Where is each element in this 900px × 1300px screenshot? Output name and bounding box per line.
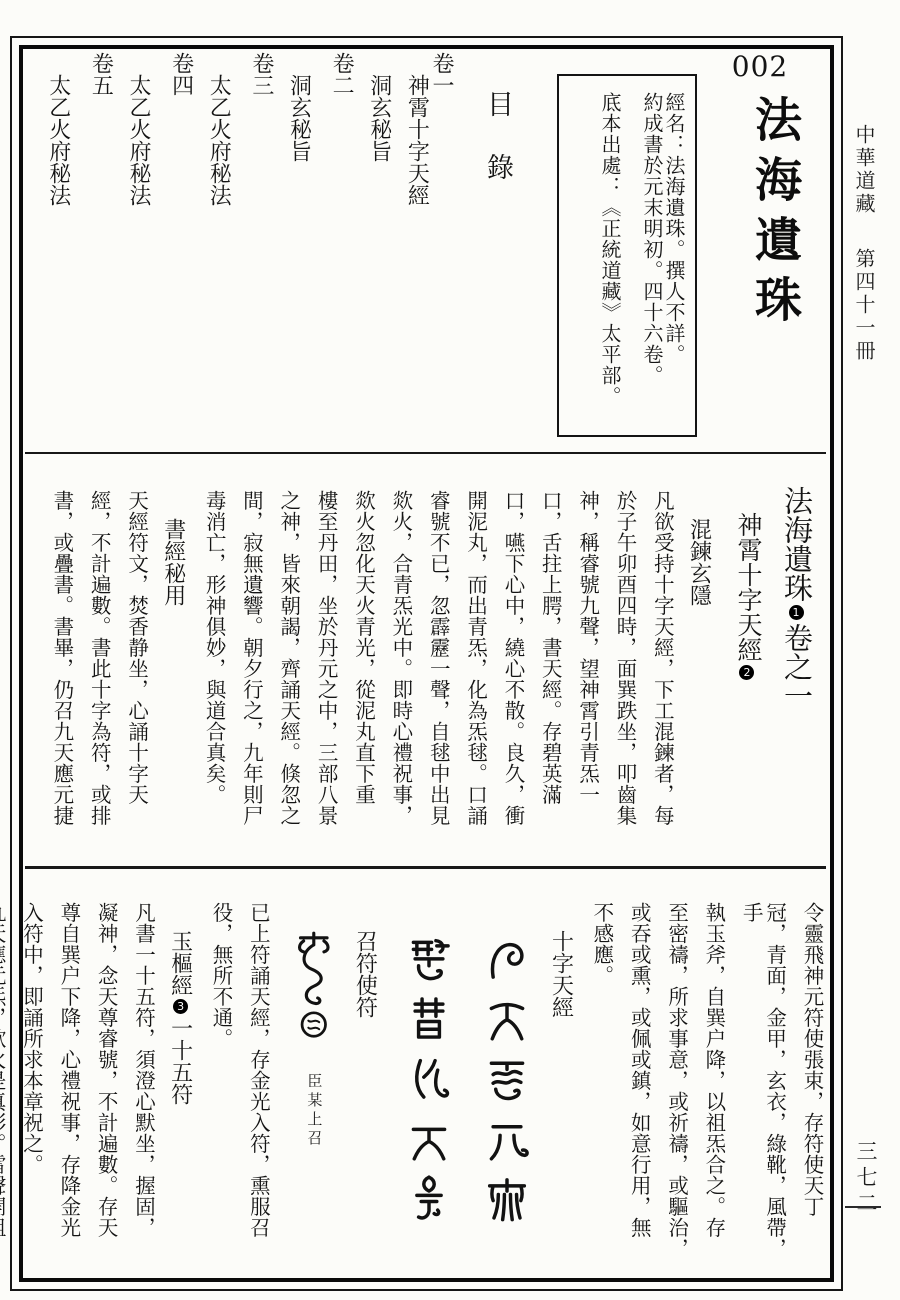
toc-entry: 洞玄秘旨: [287, 52, 312, 438]
summoning-talisman-glyph: [288, 930, 338, 1055]
toc-juan-heading: 卷二: [330, 52, 355, 438]
text-column: 睿號不已，忽霹靂一聲，自毬中出見: [425, 460, 448, 864]
heading-column: 書經秘用: [162, 460, 187, 864]
heading-column: 法海遺珠1卷之一: [779, 460, 812, 864]
heading-text: 法海遺珠: [780, 486, 812, 602]
heading-text: 一十五符: [169, 1017, 194, 1105]
margin-collection-title: 中華道藏: [849, 124, 878, 216]
text-column: 樓至丹田，坐於丹元之中，三部八景: [313, 460, 336, 864]
book-title: 法海遺珠: [741, 95, 808, 335]
text-column: 至密禱，所求事意，或祈禱，或驅治，: [663, 872, 686, 1278]
seal-script-glyph-yuan: [481, 1112, 533, 1164]
heading-text: 混鍊玄隱: [687, 518, 712, 606]
toc-title: 目錄: [479, 90, 518, 216]
text-column: 經，不計遍數。書此十字為符，或排: [86, 460, 109, 864]
heading-text: 卷之一: [780, 623, 812, 710]
annotation-note-marker: 2: [739, 665, 754, 680]
info-line: 底本出處：《正統道藏》太平部。: [598, 92, 620, 419]
text-column: 已上符誦天經，存金光入符，熏服召: [245, 872, 268, 1278]
section-divider-top: [25, 452, 826, 454]
talisman-seal-column: [480, 872, 534, 1278]
seal-script-glyph-sheng: [403, 932, 455, 984]
heading-column: 玉樞經3一十五符: [169, 872, 194, 1278]
text-column: 入符中，即誦所求本章祝之。: [18, 872, 41, 1278]
seal-script-glyph-lei: [481, 1172, 533, 1224]
text-column: 九天應元炁，欻火是真形。雷聲開祖: [0, 872, 4, 1278]
section-divider-bottom: [25, 866, 826, 869]
main-text-section: 法海遺珠1卷之一神霄十字天經2混鍊玄隱凡欲受持十字天經，下工混鍊者，每於子午卯酉…: [28, 460, 826, 864]
text-column: 欻火，合青炁光中。即時心禮祝事，: [388, 460, 411, 864]
text-column: 尊自巽户下降，心禮祝事，存降金光: [55, 872, 78, 1278]
toc-juan-heading: 卷一: [429, 52, 454, 438]
heading-column: 神霄十字天經2: [732, 460, 761, 864]
margin-volume-label: 第四十一冊: [849, 248, 878, 363]
text-column: 欻火忽化天火青光，從泥丸直下重: [350, 460, 373, 864]
toc-entry: 太乙火府秘法: [207, 52, 232, 438]
talisman-annotation: 臣某上召: [304, 1073, 321, 1149]
toc-entry: 神霄十字天經: [405, 52, 430, 438]
info-line: 約成書於元末明初。四十六卷。: [640, 92, 662, 419]
talisman-seal-column: [402, 872, 456, 1278]
toc-entry: 洞玄秘旨: [367, 52, 392, 438]
info-line: 經名：法海遺珠。撰人不詳。: [662, 92, 684, 419]
text-column: 或吞或熏，或佩或鎮，如意行用，無: [626, 872, 649, 1278]
seal-script-glyph-zun: [403, 1172, 455, 1224]
heading-text: 玉樞經: [169, 930, 194, 996]
text-column: 天經符文，焚香静坐，心誦十字天: [123, 460, 146, 864]
annotation-note-marker: 1: [789, 605, 804, 620]
seal-script-glyph-tian2: [403, 1112, 455, 1164]
seal-script-glyph-jiu: [481, 932, 533, 984]
toc-section: 卷一神霄十字天經洞玄秘旨卷二洞玄秘旨卷三太乙火府秘法卷四太乙火府秘法卷五太乙火府…: [60, 52, 454, 438]
seal-script-glyph-tian1: [481, 992, 533, 1044]
bibliographic-info-box: 經名：法海遺珠。撰人不詳。 約成書於元末明初。四十六卷。 底本出處：《正統道藏》…: [557, 74, 697, 437]
heading-column: 十字天經: [549, 872, 574, 1278]
text-column: 書，或疊書。書畢，仍召九天應元捷: [49, 460, 72, 864]
text-column: 令靈飛神元符使張束，存符使天丁: [799, 872, 822, 1278]
text-column: 毒消亡，形神俱妙，與道合真矣。: [201, 460, 224, 864]
text-number: 002: [718, 50, 802, 83]
text-column: 凝神，念天尊睿號，不計遍數。存天: [93, 872, 116, 1278]
text-column: 役，無所不通。: [208, 872, 231, 1278]
seal-script-glyph-pu: [403, 992, 455, 1044]
heading-text: 召符使符: [353, 930, 378, 1018]
seal-script-glyph-hua: [403, 1052, 455, 1104]
toc-juan-heading: 卷五: [89, 52, 114, 438]
text-column: 執玉斧，自巽户降，以祖炁合之。存: [701, 872, 724, 1278]
text-column: 口，舌拄上腭，書天經。存碧英滿: [537, 460, 560, 864]
scanned-book-page: 中華道藏 第四十一冊 三七二 002 法海遺珠 經名：法海遺珠。撰人不詳。 約成…: [0, 0, 900, 1300]
text-column: 之神，皆來朝謁，齊誦天經。倏忽之: [275, 460, 298, 864]
text-column: 口，嚥下心中，繞心不散。良久，衝: [500, 460, 523, 864]
heading-text: 十字天經: [549, 930, 574, 1018]
annotation-note-marker: 3: [173, 999, 188, 1014]
text-column: 間，寂無遺響。朝夕行之，九年則尸: [238, 460, 261, 864]
toc-entry: 太乙火府秘法: [126, 52, 151, 438]
text-column: 於子午卯酉四時，面巽跌坐，叩齒集: [612, 460, 635, 864]
text-column: 神，稱睿號九聲，望神霄引青炁一: [574, 460, 597, 864]
page-number-rule: [845, 1206, 881, 1208]
toc-juan-heading: 卷四: [169, 52, 194, 438]
seal-script-glyph-ying: [481, 1052, 533, 1104]
heading-column: 召符使符: [353, 872, 378, 1278]
heading-column: 混鍊玄隱: [687, 460, 712, 864]
toc-juan-heading: 卷三: [249, 52, 274, 438]
text-column: 凡書一十五符，須澄心默坐，握固，: [130, 872, 153, 1278]
toc-entry: 太乙火府秘法: [46, 52, 71, 438]
talisman-fu-column: 臣某上召: [288, 872, 338, 1278]
talisman-section: 令靈飛神元符使張束，存符使天丁冠，青面，金甲，玄衣，綠靴，風帶，手執玉斧，自巽户…: [28, 872, 826, 1278]
heading-text: 書經秘用: [162, 518, 187, 606]
text-column: 冠，青面，金甲，玄衣，綠靴，風帶，手: [738, 872, 785, 1278]
text-column: 不感應。: [588, 872, 611, 1278]
heading-text: 神霄十字天經: [734, 512, 761, 662]
text-column: 開泥丸，而出青炁，化為炁毬。口誦: [462, 460, 485, 864]
text-column: 凡欲受持十字天經，下工混鍊者，每: [649, 460, 672, 864]
